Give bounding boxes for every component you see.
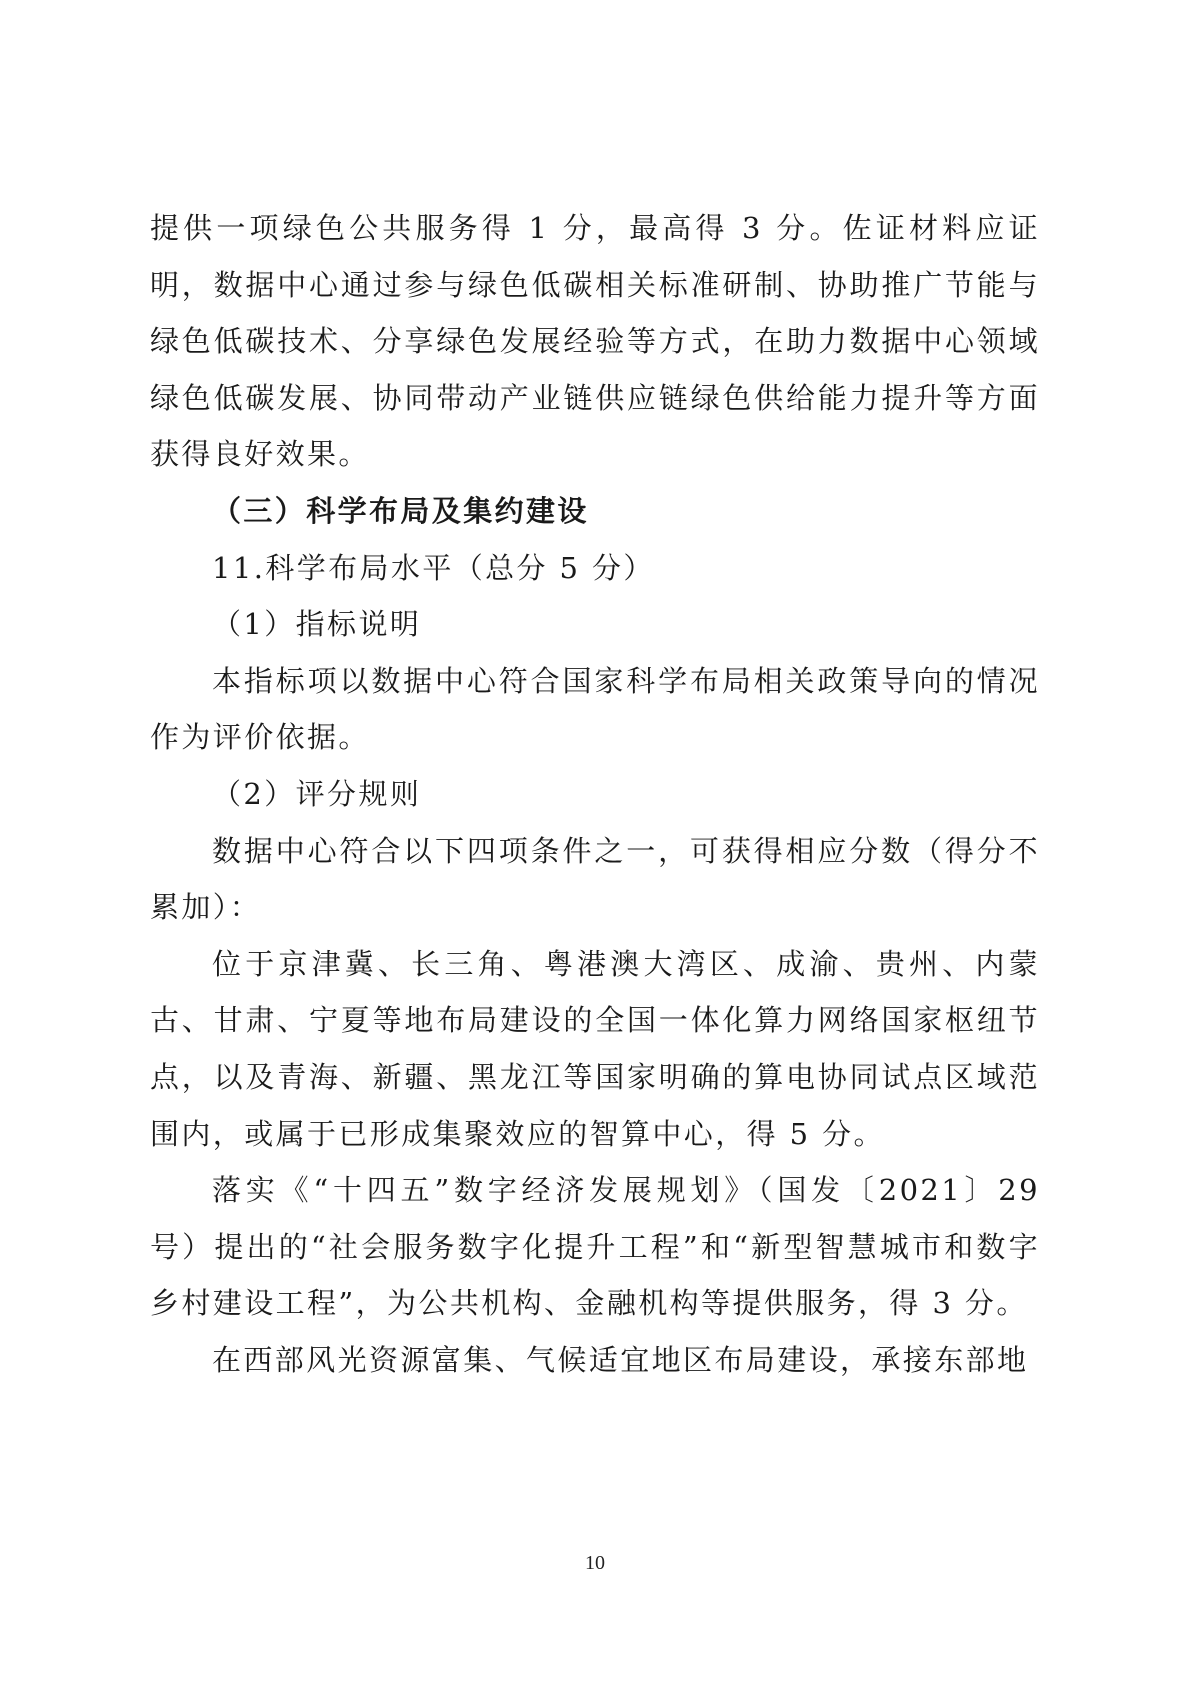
paragraph-scoring-intro: 数据中心符合以下四项条件之一，可获得相应分数（得分不累加）： bbox=[150, 823, 1040, 936]
section-heading-layout: （三）科学布局及集约建设 bbox=[150, 483, 1040, 540]
paragraph-indicator-description: 本指标项以数据中心符合国家科学布局相关政策导向的情况作为评价依据。 bbox=[150, 653, 1040, 766]
item-heading-layout-level: 11.科学布局水平（总分 5 分） bbox=[150, 540, 1040, 597]
document-body: 提供一项绿色公共服务得 1 分，最高得 3 分。佐证材料应证明，数据中心通过参与… bbox=[150, 200, 1040, 1388]
paragraph-green-service-score: 提供一项绿色公共服务得 1 分，最高得 3 分。佐证材料应证明，数据中心通过参与… bbox=[150, 200, 1040, 483]
subheading-indicator-description: （1）指标说明 bbox=[150, 596, 1040, 653]
subheading-scoring-rules: （2）评分规则 bbox=[150, 766, 1040, 823]
document-page: 提供一项绿色公共服务得 1 分，最高得 3 分。佐证材料应证明，数据中心通过参与… bbox=[0, 0, 1190, 1683]
paragraph-condition-western-region: 在西部风光资源富集、气候适宜地区布局建设，承接东部地 bbox=[150, 1332, 1040, 1389]
page-number: 10 bbox=[0, 1552, 1190, 1575]
paragraph-condition-hub-nodes: 位于京津冀、长三角、粤港澳大湾区、成渝、贵州、内蒙古、甘肃、宁夏等地布局建设的全… bbox=[150, 936, 1040, 1162]
paragraph-condition-digital-plan: 落实《“十四五”数字经济发展规划》（国发〔2021〕29 号）提出的“社会服务数… bbox=[150, 1162, 1040, 1332]
